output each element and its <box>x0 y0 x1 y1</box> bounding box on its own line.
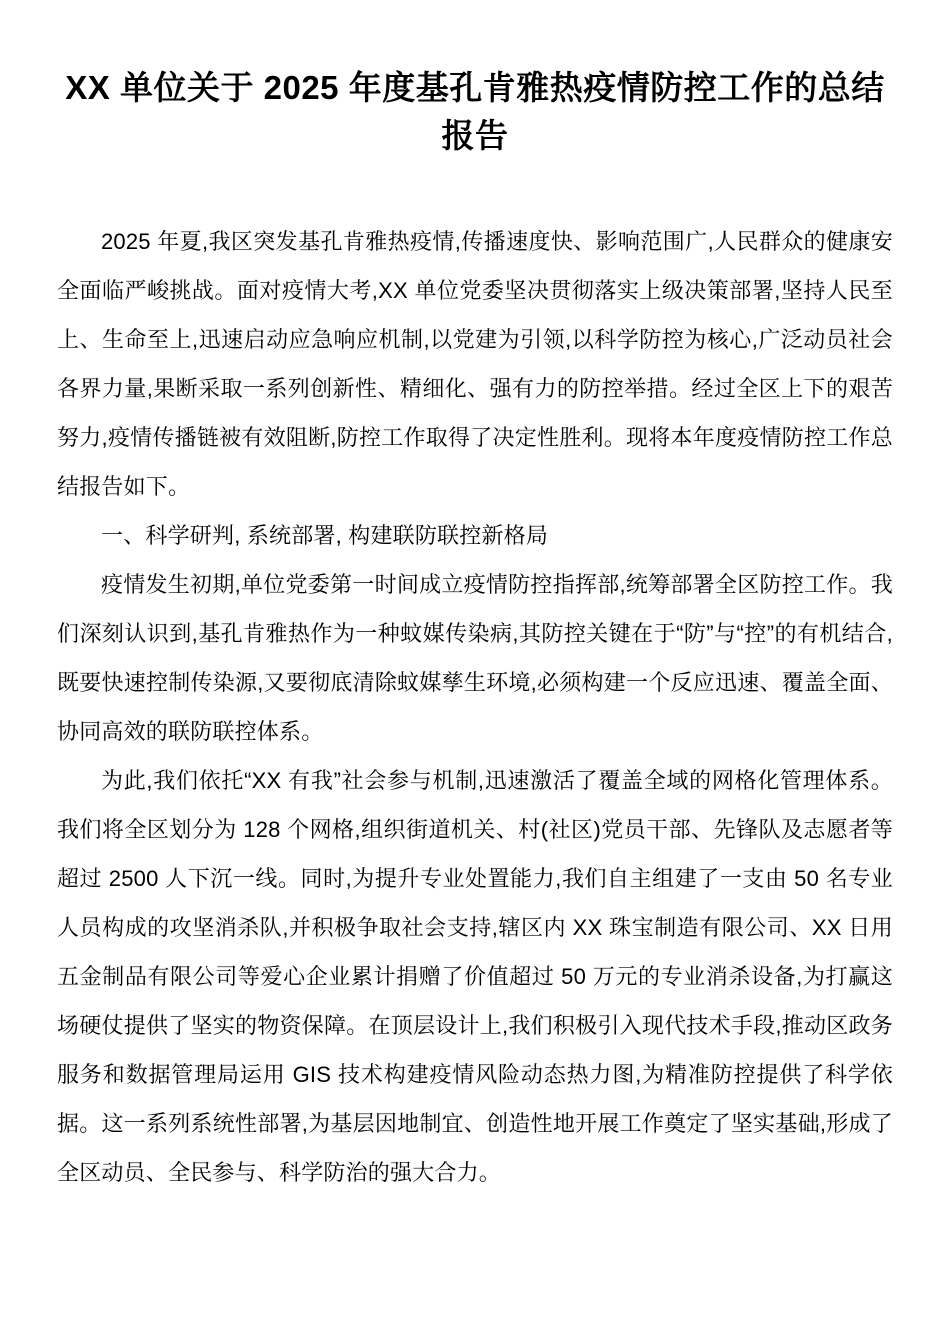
document-body: 2025 年夏,我区突发基孔肯雅热疫情,传播速度快、影响范围广,人民群众的健康安… <box>57 217 893 1197</box>
section-1-heading: 一、科学研判, 系统部署, 构建联防联控新格局 <box>57 511 893 560</box>
section-1-paragraph-2: 为此,我们依托“XX 有我”社会参与机制,迅速激活了覆盖全域的网格化管理体系。我… <box>57 756 893 1197</box>
section-1-paragraph-1: 疫情发生初期,单位党委第一时间成立疫情防控指挥部,统筹部署全区防控工作。我们深刻… <box>57 560 893 756</box>
document-page: XX 单位关于 2025 年度基孔肯雅热疫情防控工作的总结报告 2025 年夏,… <box>0 0 950 1344</box>
document-title: XX 单位关于 2025 年度基孔肯雅热疫情防控工作的总结报告 <box>57 64 893 160</box>
intro-paragraph: 2025 年夏,我区突发基孔肯雅热疫情,传播速度快、影响范围广,人民群众的健康安… <box>57 217 893 511</box>
